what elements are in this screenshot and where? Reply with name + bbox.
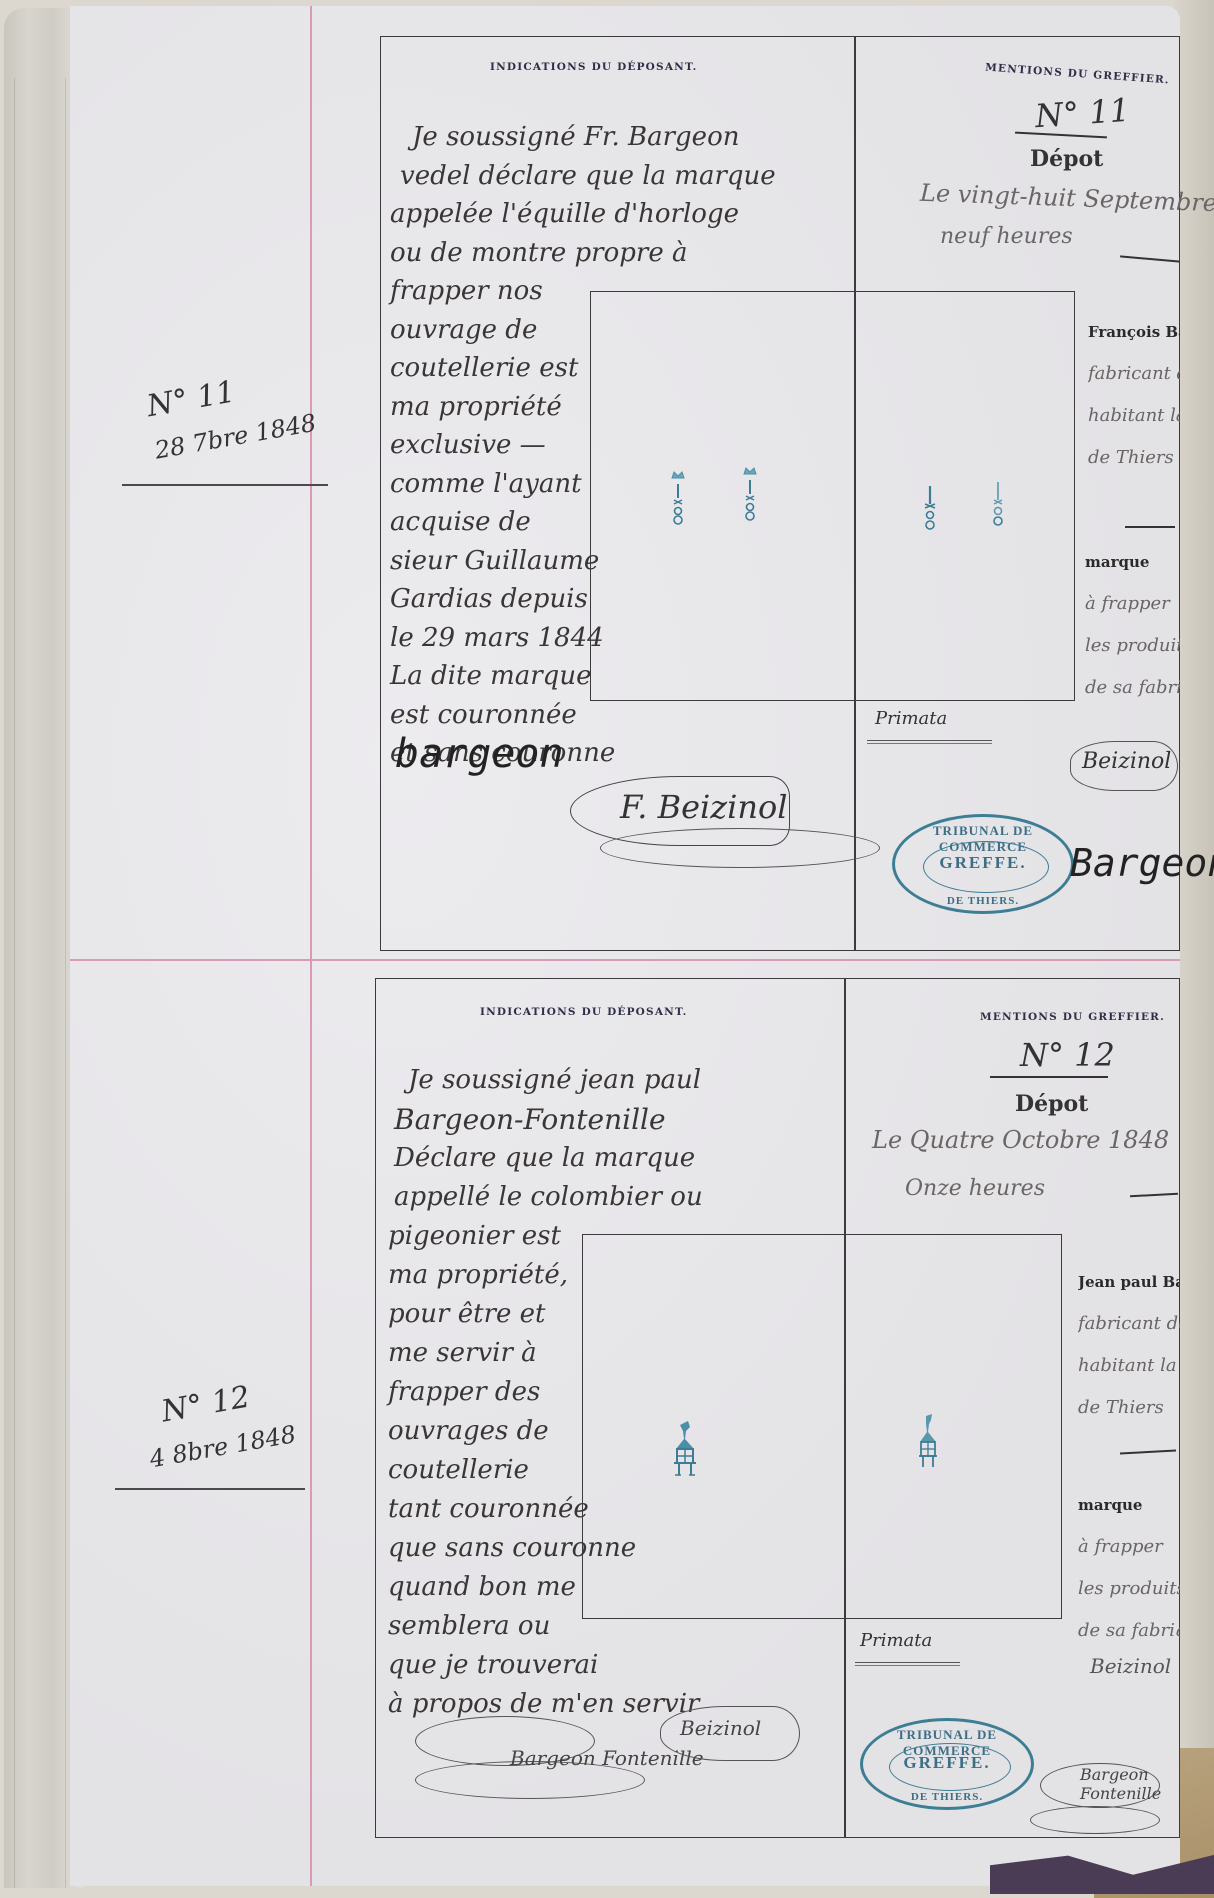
dovecote-crowned-mark-icon: [670, 1419, 700, 1479]
dovecote-plain-mark-icon: [915, 1412, 941, 1472]
depositor-countersignature: Bargeon Fontenille: [1040, 1751, 1180, 1841]
depot-time: neuf heures: [940, 224, 1073, 249]
margin-entry-number: N° 11 28 7bre 1848: [144, 357, 320, 472]
margin-rule-vertical: [310, 6, 312, 1886]
greffier-number: N° 11: [1034, 91, 1131, 136]
needle-plain-mark-icon: [920, 484, 940, 534]
clerk-signature: F. Beizinol: [570, 766, 900, 886]
depositor-details: Jean paul Bargeon fabricant de habitant …: [1078, 1261, 1180, 1429]
depot-label: Dépot: [1030, 146, 1103, 172]
needle-crowned-mark-icon: [740, 464, 760, 526]
details-rule: [1125, 526, 1175, 528]
margin-entry-number: N° 12 4 8bre 1848: [138, 1369, 299, 1481]
court-stamp: TRIBUNAL DE COMMERCE GREFFE. DE THIERS.: [892, 814, 1074, 914]
deposant-header: INDICATIONS DU DÉPOSANT.: [490, 61, 697, 73]
greffier-header: MENTIONS DU GREFFIER.: [980, 1011, 1165, 1023]
registrar-signature: Beizinol: [1070, 741, 1180, 821]
number-underline: [990, 1076, 1108, 1078]
book-right-edge: [1174, 0, 1214, 1898]
depositor-countersignature: Bargeon: [1070, 841, 1214, 885]
marque-details: marque à frapper les produits de sa fabr…: [1078, 1484, 1180, 1652]
depositor-signature: bargeon: [395, 731, 564, 777]
primata-underline: [867, 740, 992, 744]
registrar-signature: Beizinol: [1090, 1646, 1180, 1706]
primata-label: Primata: [875, 708, 947, 729]
court-stamp: TRIBUNAL DE COMMERCE GREFFE. DE THIERS.: [860, 1718, 1034, 1810]
margin-underline: [115, 1488, 305, 1490]
register-page: N° 11 28 7bre 1848 INDICATIONS DU DÉPOSA…: [70, 6, 1180, 1886]
greffier-number: N° 12: [1020, 1036, 1115, 1074]
marque-details: marque à frapper les produits de sa fabr…: [1085, 541, 1180, 709]
needle-crowned-mark-icon: [668, 468, 688, 530]
mark-impression-frame: [582, 1234, 1062, 1619]
primata-underline: [855, 1662, 960, 1666]
margin-underline: [122, 484, 328, 486]
depot-time: Onze heures: [905, 1176, 1045, 1201]
entry-divider-rule: [70, 959, 1180, 961]
depositor-and-clerk-signatures: Bargeon Fontenille Beizinol: [405, 1696, 825, 1806]
depot-label: Dépot: [1015, 1091, 1088, 1117]
deposant-header: INDICATIONS DU DÉPOSANT.: [480, 1006, 687, 1018]
primata-label: Primata: [860, 1630, 932, 1651]
needle-plain-mark-icon: [988, 480, 1008, 530]
depot-date: Le Quatre Octobre 1848: [872, 1126, 1169, 1154]
depositor-details: François Bargeon fabricant de habitant l…: [1088, 311, 1180, 479]
clerk-signature: Beizinol: [680, 1716, 761, 1740]
